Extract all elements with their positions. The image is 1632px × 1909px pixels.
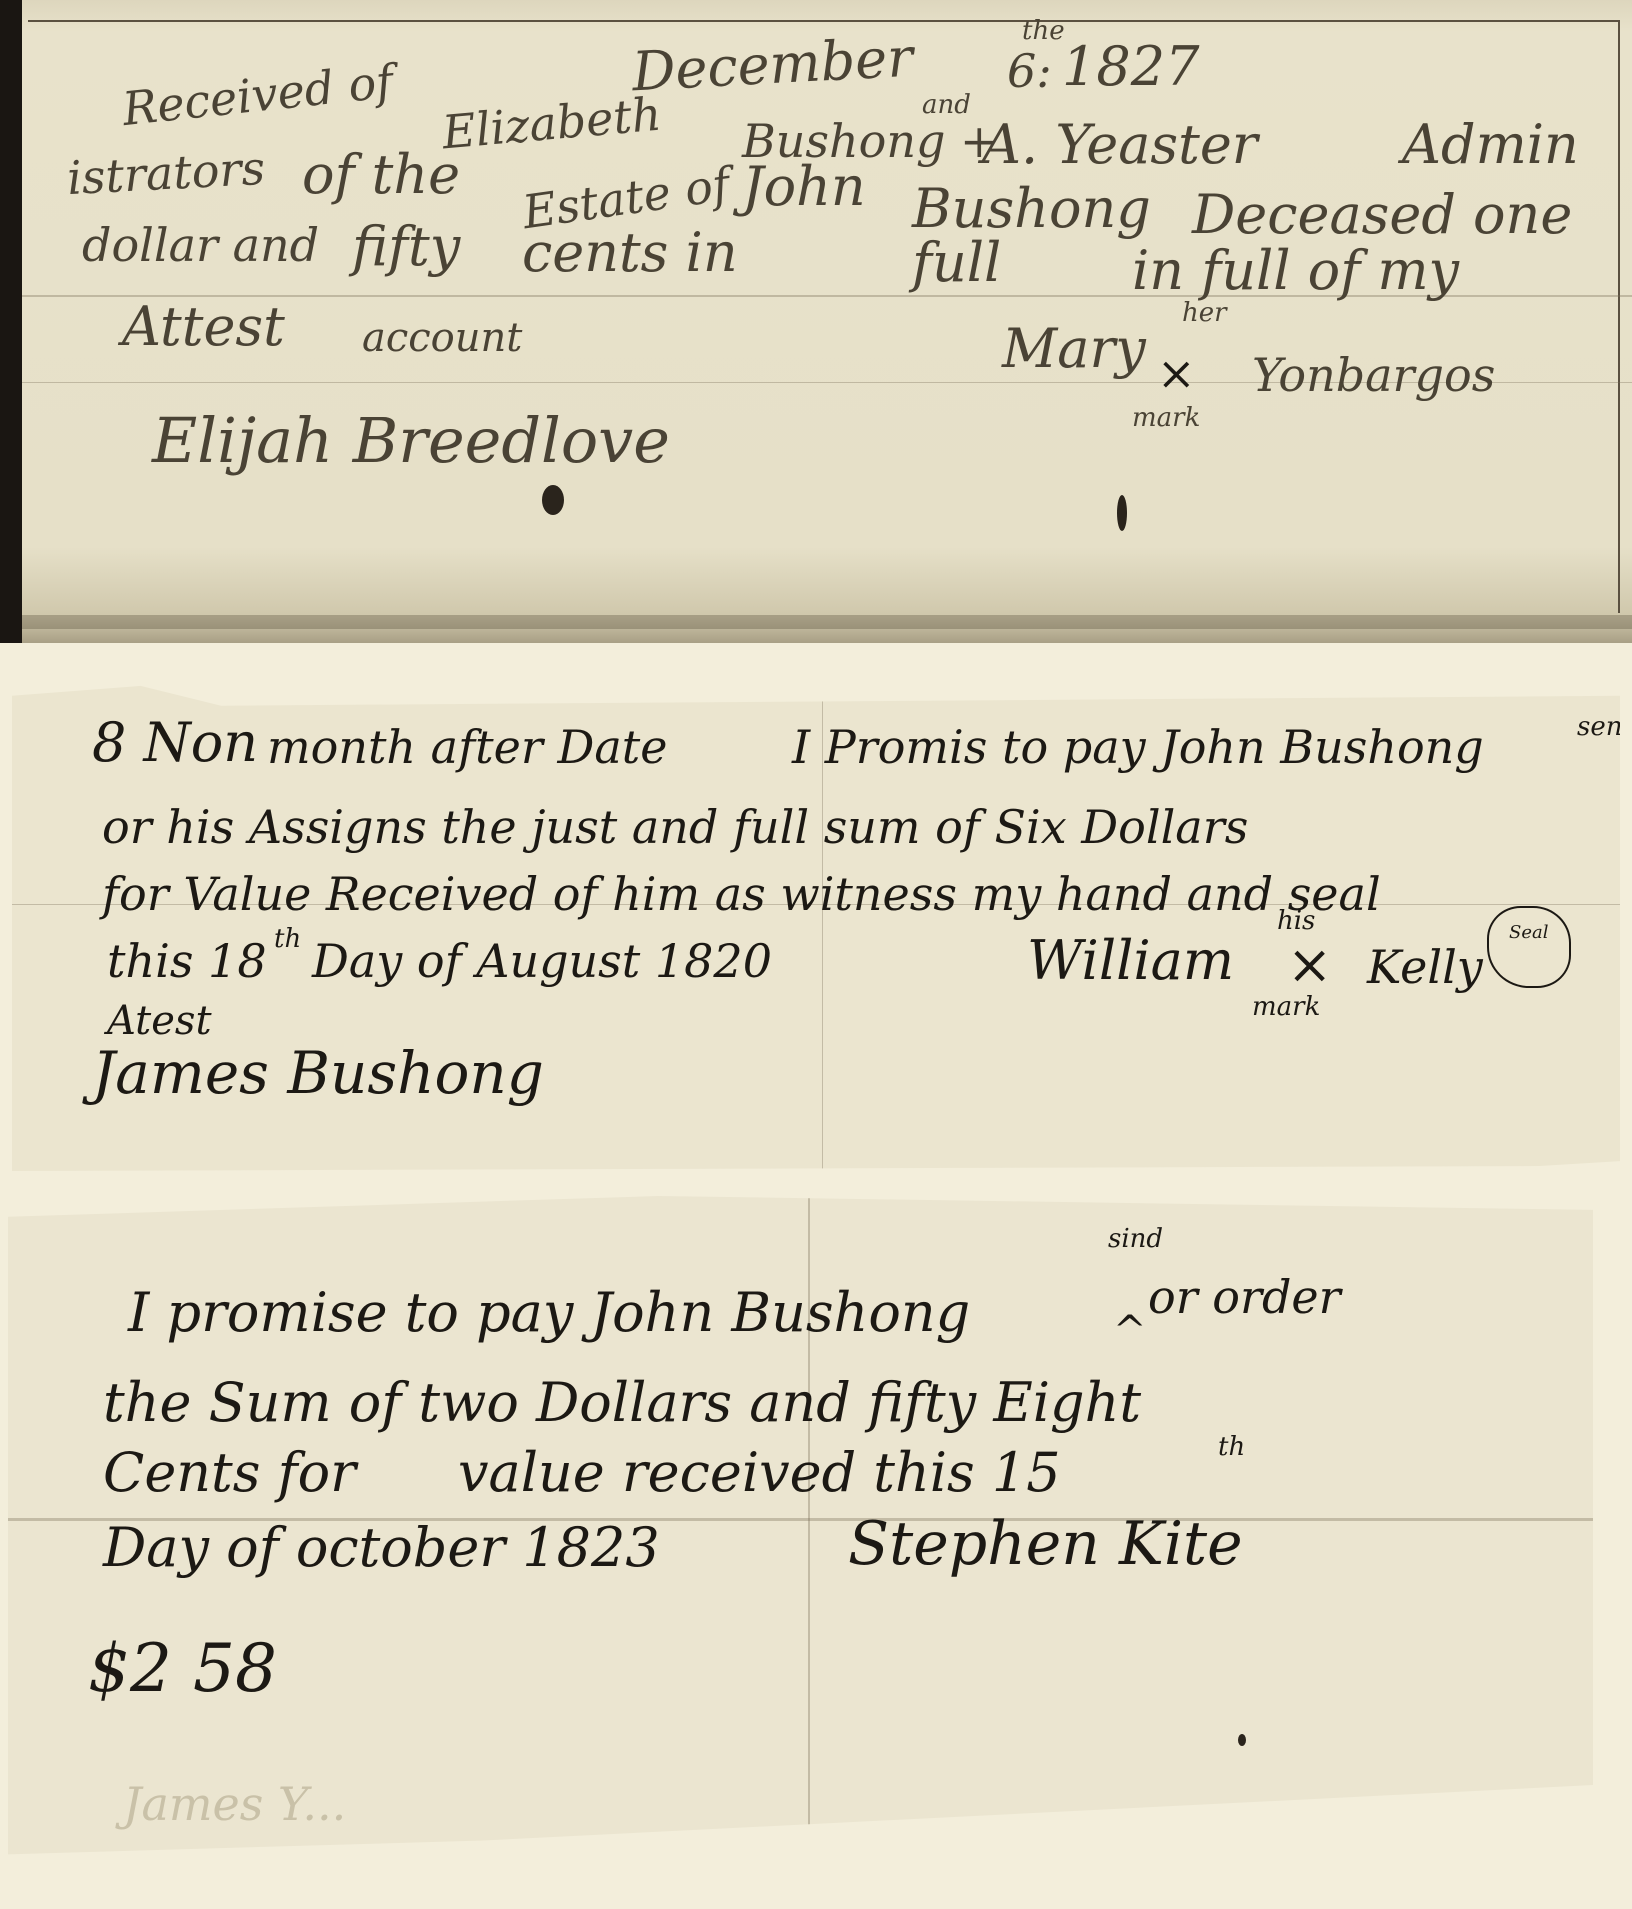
note-2-line-1c: I Promis to pay John Bushong xyxy=(792,724,1484,770)
note-3-line-3a: Cents for xyxy=(103,1446,356,1500)
note-3-line-1a: I promise to pay John Bushong xyxy=(128,1286,970,1340)
full-text: full xyxy=(912,236,1001,290)
witness-signature: Elijah Breedlove xyxy=(152,410,670,472)
promissory-note-1823: sind I promise to pay John Bushong ^ or … xyxy=(8,1196,1593,1889)
a-yeaster-text: A. Yeaster xyxy=(982,118,1258,172)
note-2-line-1b: month after Date xyxy=(267,724,667,770)
ink-spot xyxy=(1238,1734,1246,1746)
admin-text: Admin xyxy=(1402,118,1579,172)
note-3-line-4: Day of october 1823 xyxy=(103,1521,660,1575)
note-3-faint-text: James Y... xyxy=(123,1781,346,1827)
bushong-text: Bushong xyxy=(912,182,1151,236)
mark-label: mark xyxy=(1132,405,1200,431)
note-3-amount: $2 58 xyxy=(88,1636,277,1702)
note-2-line-1a: 8 Non xyxy=(92,716,258,770)
note-2-line-3: for Value Received of him as witness my … xyxy=(102,871,1381,917)
note-2-th-sup: th xyxy=(274,926,301,952)
john-text: John xyxy=(742,160,866,214)
account-text: account xyxy=(362,318,522,358)
in-full-of-my-text: in full of my xyxy=(1132,244,1459,298)
fifty-text: fifty xyxy=(352,220,460,274)
signer-mark: × xyxy=(1157,350,1196,396)
note-2-signer-first: William xyxy=(1027,934,1234,988)
note-3-caret: ^ xyxy=(1113,1311,1147,1351)
attest-label: Attest xyxy=(122,300,285,354)
note-2-attest-label: Atest xyxy=(107,1001,212,1041)
dollar-and-text: dollar and xyxy=(82,222,319,268)
note-3-th-sup: th xyxy=(1218,1434,1245,1460)
date-month: December xyxy=(631,31,914,100)
date-day: 6: xyxy=(1007,48,1052,94)
cents-in-text: cents in xyxy=(522,226,738,280)
note-3-line-2: the Sum of two Dollars and fifty Eight xyxy=(103,1376,1141,1430)
note-3-sind-insert: sind xyxy=(1108,1226,1163,1252)
note-2-signer-last: Kelly xyxy=(1367,944,1483,990)
seal-icon: Seal xyxy=(1487,906,1571,988)
note-2-mark-label: mark xyxy=(1252,994,1320,1020)
signer-first-name: Mary xyxy=(1002,322,1146,376)
signer-last-name: Yonbargos xyxy=(1252,352,1495,398)
note-2-line-4b: Day of August 1820 xyxy=(312,938,772,984)
ink-blot xyxy=(542,485,564,515)
note-2-line-2: or his Assigns the just and full sum of … xyxy=(102,804,1248,850)
note-3-line-3b: value received this 15 xyxy=(458,1446,1061,1500)
date-the: the xyxy=(1022,18,1065,44)
of-the-text: of the xyxy=(302,148,460,202)
seal-label: Seal xyxy=(1509,924,1548,942)
note-2-sen-text: sen xyxy=(1577,714,1622,740)
note-2-his-text: his xyxy=(1277,908,1315,934)
ink-blot xyxy=(1117,495,1127,531)
note-2-witness-signature: James Bushong xyxy=(92,1044,544,1102)
istrators-text: istrators xyxy=(66,145,266,201)
note-3-line-1b: or order xyxy=(1148,1274,1341,1320)
note-3-signature: Stephen Kite xyxy=(848,1514,1243,1574)
deceased-one-text: Deceased one xyxy=(1192,188,1572,242)
promissory-note-1820: 8 Non month after Date I Promis to pay J… xyxy=(12,676,1620,1171)
receipt-1827: Received of December the 6: 1827 and Eli… xyxy=(0,0,1632,643)
note-2-line-4a: this 18 xyxy=(107,938,267,984)
note-2-signer-mark: × xyxy=(1287,938,1332,992)
her-text: her xyxy=(1182,300,1227,326)
date-year: 1827 xyxy=(1062,40,1199,94)
